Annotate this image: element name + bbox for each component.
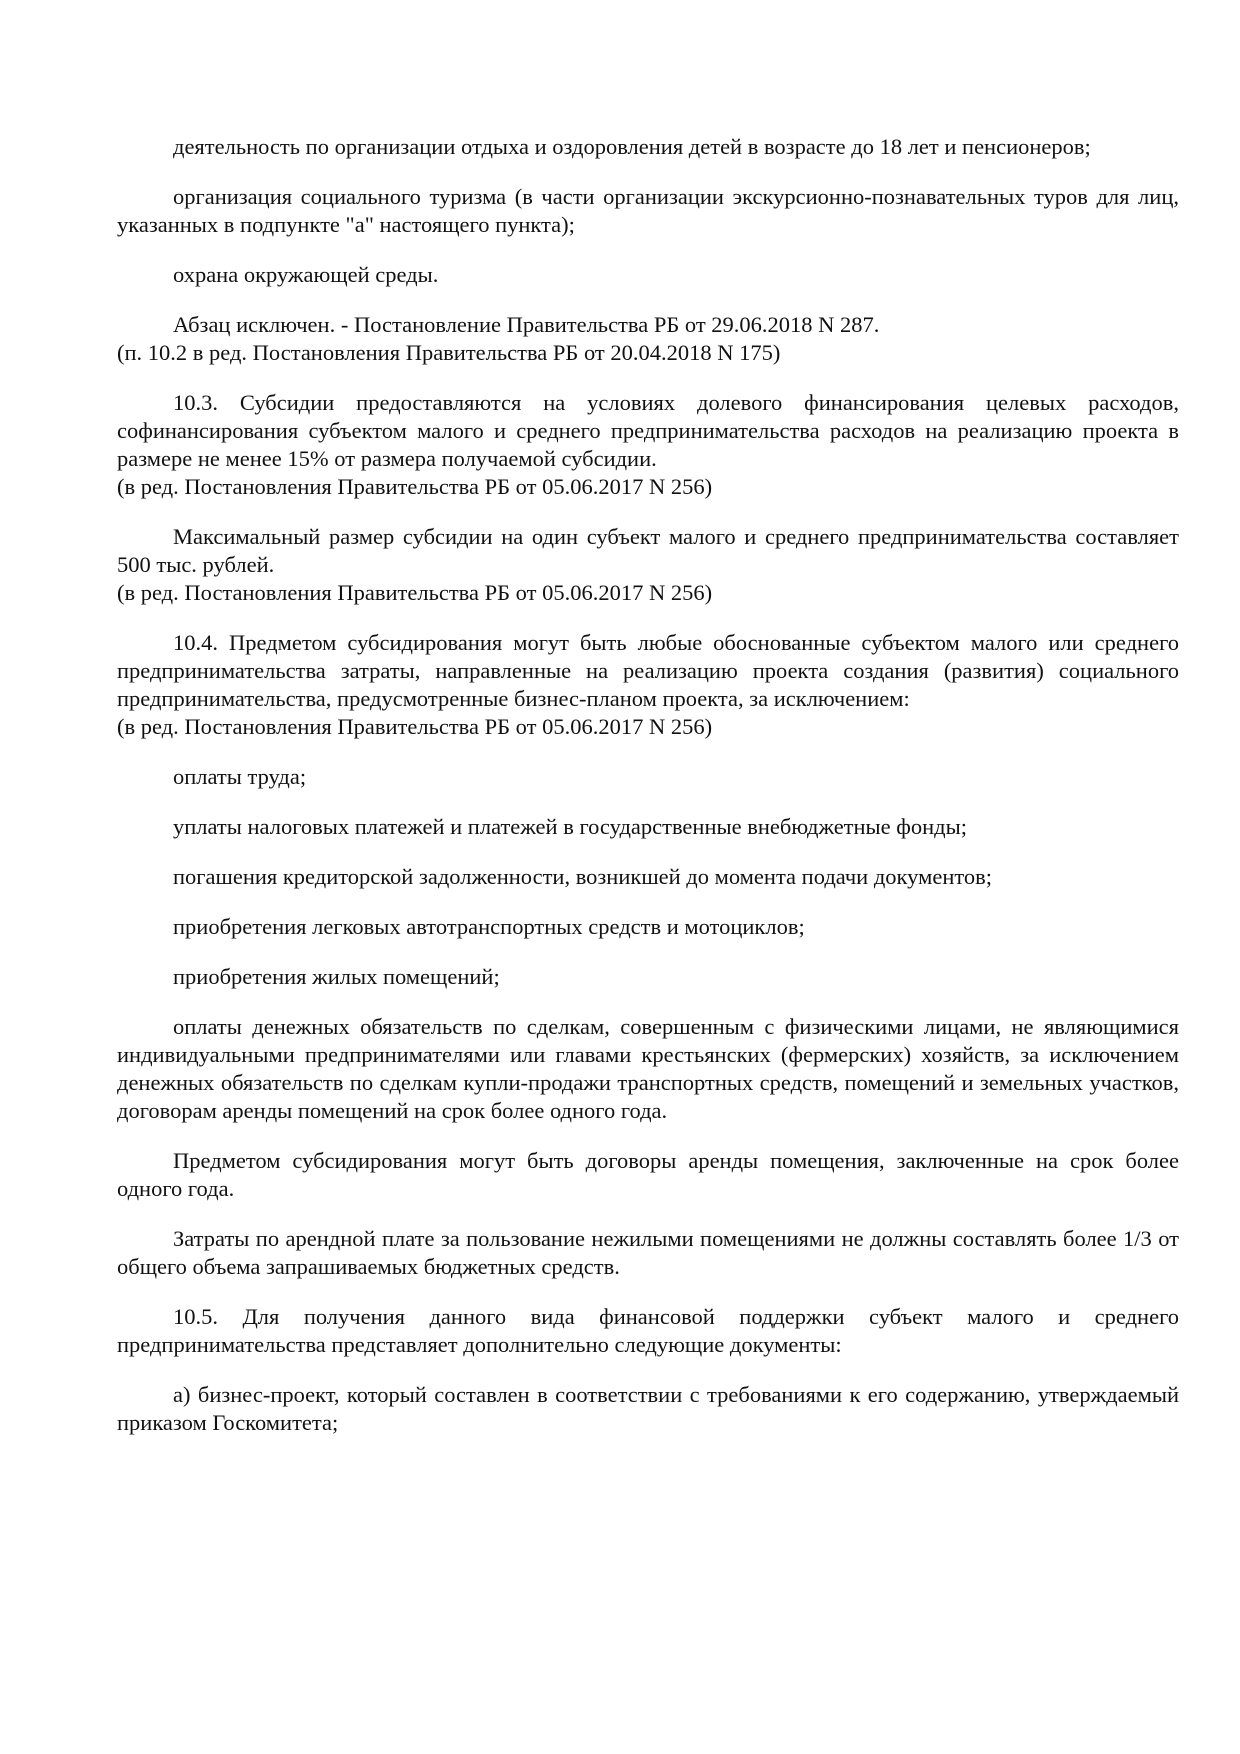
list-item: приобретения жилых помещений; bbox=[117, 963, 1179, 991]
amendment-note: (в ред. Постановления Правительства РБ о… bbox=[117, 579, 1179, 607]
list-item: погашения кредиторской задолженности, во… bbox=[117, 863, 1179, 891]
document-page: деятельность по организации отдыха и озд… bbox=[117, 133, 1179, 1459]
paragraph-children-pensioners: деятельность по организации отдыха и озд… bbox=[117, 133, 1179, 161]
paragraph-lease-contracts: Предметом субсидирования могут быть дого… bbox=[117, 1147, 1179, 1203]
paragraph-business-project: а) бизнес-проект, который составлен в со… bbox=[117, 1381, 1179, 1437]
paragraph-10-5: 10.5. Для получения данного вида финансо… bbox=[117, 1303, 1179, 1359]
paragraph-excluded: Абзац исключен. - Постановление Правител… bbox=[117, 311, 1179, 339]
paragraph-social-tourism: организация социального туризма (в части… bbox=[117, 183, 1179, 239]
amendment-note: (в ред. Постановления Правительства РБ о… bbox=[117, 713, 1179, 741]
paragraph-10-4: 10.4. Предметом субсидирования могут быт… bbox=[117, 629, 1179, 713]
list-item: приобретения легковых автотранспортных с… bbox=[117, 913, 1179, 941]
paragraph-environment: охрана окружающей среды. bbox=[117, 261, 1179, 289]
paragraph-max-subsidy: Максимальный размер субсидии на один суб… bbox=[117, 523, 1179, 579]
amendment-note: (п. 10.2 в ред. Постановления Правительс… bbox=[117, 339, 1179, 367]
list-item: оплаты труда; bbox=[117, 763, 1179, 791]
paragraph-rent-limit: Затраты по арендной плате за пользование… bbox=[117, 1225, 1179, 1281]
amendment-note: (в ред. Постановления Правительства РБ о… bbox=[117, 473, 1179, 501]
list-item: оплаты денежных обязательств по сделкам,… bbox=[117, 1013, 1179, 1125]
paragraph-10-3: 10.3. Субсидии предоставляются на услови… bbox=[117, 389, 1179, 473]
list-item: уплаты налоговых платежей и платежей в г… bbox=[117, 813, 1179, 841]
